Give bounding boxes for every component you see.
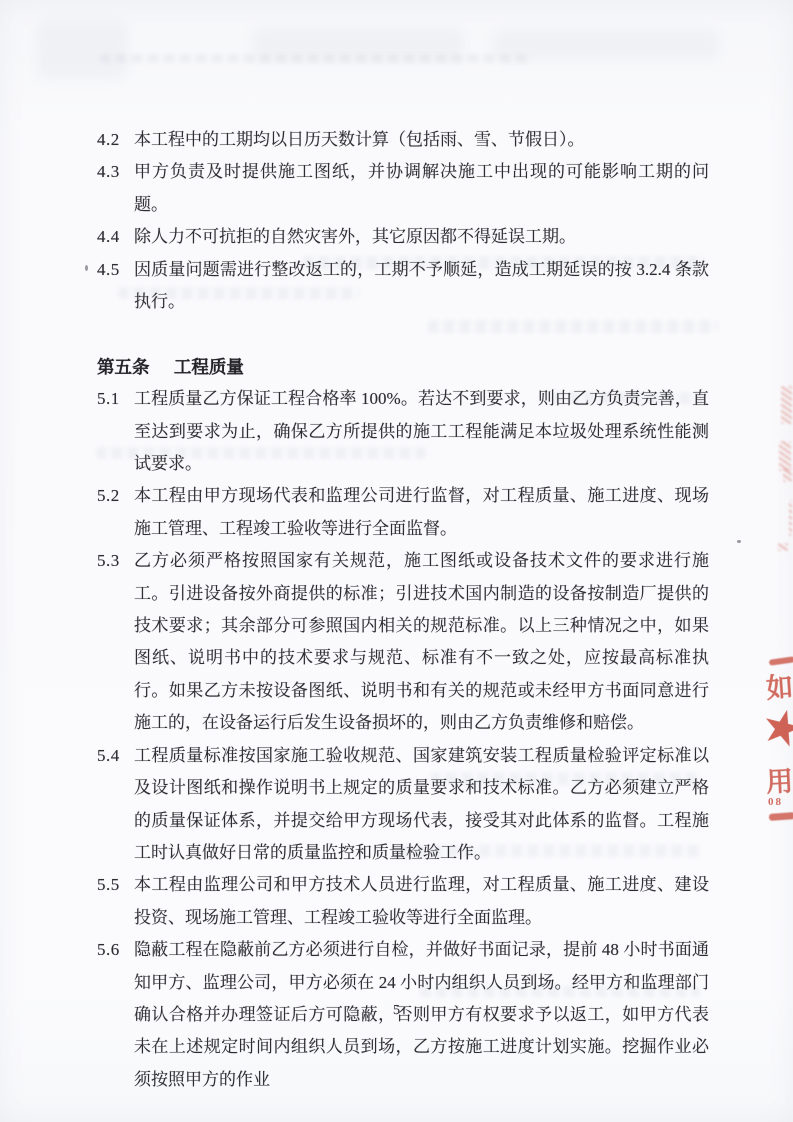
clause-text: 本工程由监理公司和甲方技术人员进行监理，对工程质量、施工进度、建设投资、现场施工… [134, 875, 709, 926]
seal-border-bottom [769, 812, 793, 821]
seal-fragment [779, 441, 791, 471]
bleed-through-smudge [252, 28, 464, 62]
clause-text: 因质量问题需进行整改返工的，工期不予顺延，造成工期延误的按 3.2.4 条款执行… [134, 260, 709, 311]
clause-text: 乙方必须严格按照国家有关规范，施工图纸或设备技术文件的要求进行施工。引进设备按外… [134, 551, 709, 732]
clause-text: 本工程由甲方现场代表和监理公司进行监督，对工程质量、施工进度、现场施工管理、工程… [134, 486, 709, 537]
clause-number: 4.2 [97, 124, 120, 156]
clause-number: 5.6 [97, 934, 120, 966]
clause-text: 本工程中的工期均以日历天数计算（包括雨、雪、节假日）。 [134, 130, 585, 149]
clause-text: 除人力不可抗拒的自然灾害外，其它原因都不得延误工期。 [134, 227, 576, 246]
clause-number: 4.5 [97, 254, 120, 286]
clause-number: 5.2 [97, 480, 120, 512]
article-number: 第五条 [97, 357, 150, 377]
article-title: 工程质量 [174, 357, 244, 377]
page-number: 5 [0, 1003, 793, 1019]
clause-number: 5.3 [97, 545, 120, 577]
clause-text: 工程质量乙方保证工程合格率 100%。若达不到要求，则由乙方负责完善，直至达到要… [134, 389, 709, 473]
clause: 4.3 甲方负责及时提供施工图纸，并协调解决施工中出现的可能影响工期的问题。 [97, 156, 709, 221]
seal-character-top: 如 [765, 665, 793, 706]
clause-text: 工程质量标准按国家施工验收规范、国家建筑安装工程质量检验评定标准以及设计图纸和操… [134, 746, 709, 862]
seal-border-top [769, 656, 793, 666]
article-heading: 第五条 工程质量 [97, 351, 709, 383]
scan-speck [85, 265, 88, 271]
clause: 4.4 除人力不可抗拒的自然灾害外，其它原因都不得延误工期。 [97, 221, 709, 253]
seal-fragment [781, 386, 792, 424]
bleed-through-smudge [100, 54, 530, 63]
scanned-contract-page: 4.2 本工程中的工期均以日历天数计算（包括雨、雪、节假日）。 4.3 甲方负责… [0, 0, 793, 1122]
seal-character-bottom: 用 [765, 759, 793, 799]
seal-serial-digits: 08 [768, 796, 783, 808]
scan-speck [737, 540, 741, 543]
clause-text: 甲方负责及时提供施工图纸，并协调解决施工中出现的可能影响工期的问题。 [134, 162, 709, 213]
clause: 4.2 本工程中的工期均以日历天数计算（包括雨、雪、节假日）。 [97, 124, 709, 156]
seal-fragment [783, 468, 792, 482]
clause: 5.3 乙方必须严格按照国家有关规范，施工图纸或设备技术文件的要求进行施工。引进… [97, 545, 709, 739]
bleed-through-smudge [36, 20, 128, 80]
seal-star-icon: ★ [755, 696, 793, 761]
clause: 4.5 因质量问题需进行整改返工的，工期不予顺延，造成工期延误的按 3.2.4 … [97, 254, 709, 319]
clause-number: 4.4 [97, 221, 120, 253]
clause-number: 5.4 [97, 740, 120, 772]
seal-fragment [789, 500, 792, 536]
contract-body: 4.2 本工程中的工期均以日历天数计算（包括雨、雪、节假日）。 4.3 甲方负责… [97, 124, 709, 1096]
clause: 5.5 本工程由监理公司和甲方技术人员进行监理，对工程质量、施工进度、建设投资、… [97, 869, 709, 934]
clause-number: 5.1 [97, 383, 120, 415]
bleed-through-smudge [492, 30, 720, 60]
clause: 5.4 工程质量标准按国家施工验收规范、国家建筑安装工程质量检验评定标准以及设计… [97, 740, 709, 870]
clause: 5.2 本工程由甲方现场代表和监理公司进行监督，对工程质量、施工进度、现场施工管… [97, 480, 709, 545]
seal-fragment [778, 543, 788, 551]
clause: 5.1 工程质量乙方保证工程合格率 100%。若达不到要求，则由乙方负责完善，直… [97, 383, 709, 480]
clause-number: 5.5 [97, 869, 120, 901]
clause-number: 4.3 [97, 156, 120, 188]
